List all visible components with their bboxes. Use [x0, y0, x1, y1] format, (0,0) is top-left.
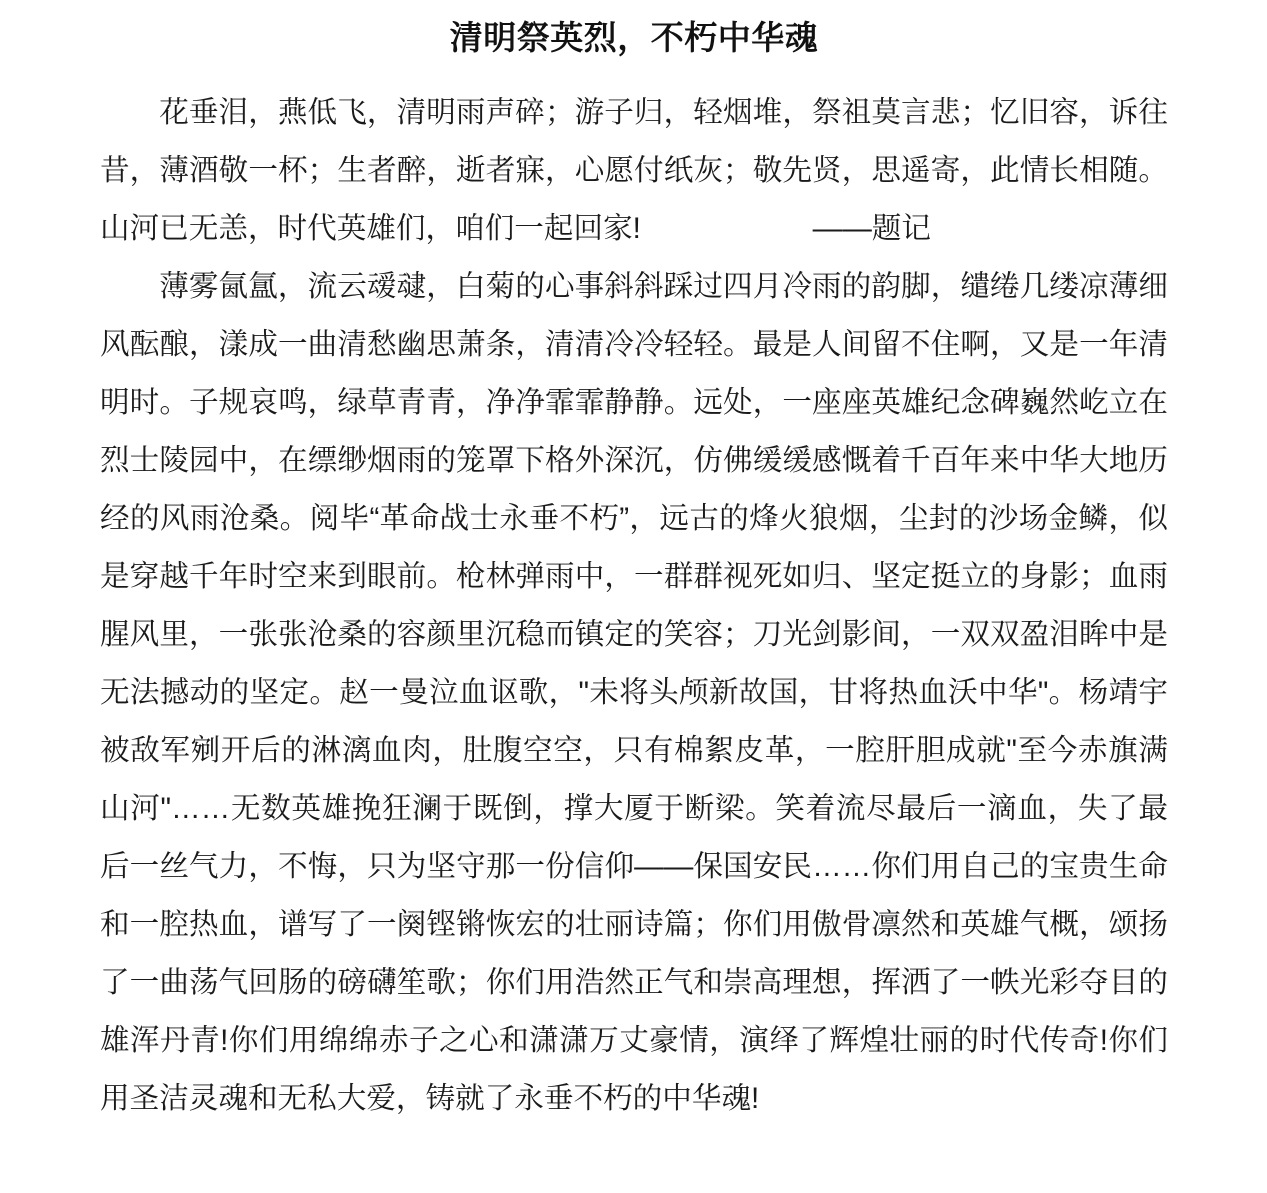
epigraph-label: ——题记: [813, 212, 931, 245]
paragraph-intro: 花垂泪，燕低飞，清明雨声碎；游子归，轻烟堆，祭祖莫言悲；忆旧容，诉往昔，薄酒敬一…: [100, 84, 1168, 258]
paragraph-body: 薄雾氤氲，流云叆叇，白菊的心事斜斜踩过四月冷雨的韵脚，缱绻几缕凉薄细风酝酿，漾成…: [100, 258, 1168, 1128]
intro-text: 花垂泪，燕低飞，清明雨声碎；游子归，轻烟堆，祭祖莫言悲；忆旧容，诉往昔，薄酒敬一…: [100, 96, 1168, 245]
document-title: 清明祭英烈，不朽中华魂: [100, 14, 1168, 62]
document-page: 清明祭英烈，不朽中华魂 花垂泪，燕低飞，清明雨声碎；游子归，轻烟堆，祭祖莫言悲；…: [0, 0, 1267, 1128]
